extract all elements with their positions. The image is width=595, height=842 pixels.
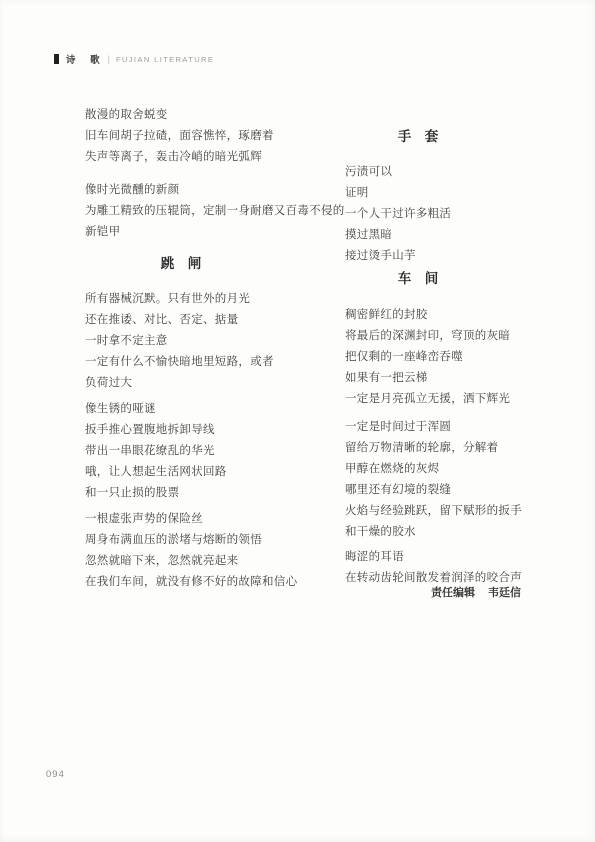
editor-credit: 责任编辑 韦廷信 [345, 586, 521, 600]
section-marker-bar [54, 54, 59, 64]
page-number: 094 [46, 769, 65, 780]
poem-line: 负荷过大 [85, 373, 274, 394]
stanza: 稠密鲜红的封胶将最后的深渊封印，穹顶的灰暗把仅剩的一座峰峦吞噬如果有一把云梯一定… [345, 305, 510, 410]
poem-line: 晦涩的耳语 [345, 547, 522, 568]
poem-line: 带出一串眼花缭乱的华光 [85, 441, 227, 462]
poem-line: 一定是时间过于浑圆 [345, 417, 522, 438]
poem-line: 旧车间胡子拉碴，面容憔悴，琢磨着 [85, 126, 274, 147]
poem-line: 一定有什么不愉快暗地里短路，或者 [85, 352, 274, 373]
poem-line: 所有器械沉默。只有世外的月光 [85, 289, 274, 310]
stanza: 散漫的取舍蜕变旧车间胡子拉碴，面容憔悴，琢磨着失声等离子，轰击冷峭的暗光弧辉 [85, 105, 274, 168]
poem-line: 将最后的深渊封印，穹顶的灰暗 [345, 326, 510, 347]
stanza: 所有器械沉默。只有世外的月光还在推诿、对比、否定、掂量一时拿不定主意一定有什么不… [85, 289, 274, 394]
poem-line: 甲醇在燃烧的灰烬 [345, 459, 522, 480]
poem-line: 哪里还有幻境的裂缝 [345, 480, 522, 501]
poem-line: 忽然就暗下来，忽然就亮起来 [85, 551, 297, 572]
poem-line: 还在推诿、对比、否定、掂量 [85, 310, 274, 331]
poem-line: 像生锈的哑谜 [85, 399, 227, 420]
page-header: 诗 歌 | FUJIAN LITERATURE [54, 52, 214, 66]
magazine-page: 诗 歌 | FUJIAN LITERATURE 散漫的取舍蜕变旧车间胡子拉碴，面… [0, 0, 595, 842]
stanza: 一定是时间过于浑圆留给万物清晰的轮廓，分解着甲醇在燃烧的灰烬哪里还有幻境的裂缝火… [345, 417, 522, 543]
poem-line: 散漫的取舍蜕变 [85, 105, 274, 126]
header-divider: | [108, 54, 110, 64]
poem-line: 污渍可以 [345, 162, 451, 183]
poem-line: 在我们车间，就没有修不好的故障和信心 [85, 572, 297, 593]
poem-title-tiaozha: 跳 闸 [85, 254, 277, 274]
editor-credit-label: 责任编辑 [431, 586, 475, 600]
poem-line: 失声等离子，轰击冷峭的暗光弧辉 [85, 147, 274, 168]
poem-line: 摸过黑暗 [345, 225, 451, 246]
section-label: 诗 歌 [66, 52, 106, 66]
poem-line: 周身布满血压的淤堵与熔断的领悟 [85, 530, 297, 551]
poem-line: 证明 [345, 183, 451, 204]
poem-line: 稠密鲜红的封胶 [345, 305, 510, 326]
poem-line: 一根虚张声势的保险丝 [85, 509, 297, 530]
poem-title-shoutao: 手 套 [345, 127, 491, 147]
poem-line: 一时拿不定主意 [85, 331, 274, 352]
stanza: 一根虚张声势的保险丝周身布满血压的淤堵与熔断的领悟忽然就暗下来，忽然就亮起来在我… [85, 509, 297, 593]
poem-line: 和一只止损的股票 [85, 483, 227, 504]
poem-title-chejian: 车 间 [345, 269, 491, 289]
poem-line: 如果有一把云梯 [345, 368, 510, 389]
poem-line: 一定是月亮孤立无援，洒下辉光 [345, 389, 510, 410]
poem-line: 留给万物清晰的轮廓，分解着 [345, 438, 522, 459]
poem-line: 一个人干过许多粗活 [345, 204, 451, 225]
poem-line: 把仅剩的一座峰峦吞噬 [345, 347, 510, 368]
stanza: 像生锈的哑谜扳手推心置腹地拆卸导线带出一串眼花缭乱的华光哦，让人想起生活网状回路… [85, 399, 227, 504]
poem-line: 哦，让人想起生活网状回路 [85, 462, 227, 483]
stanza: 晦涩的耳语在转动齿轮间散发着润泽的咬合声 [345, 547, 522, 589]
poem-line: 和干燥的胶水 [345, 522, 522, 543]
magazine-name: FUJIAN LITERATURE [116, 55, 214, 64]
poem-line: 新铠甲 [85, 222, 345, 243]
stanza: 污渍可以证明一个人干过许多粗活摸过黑暗接过烫手山芋 [345, 162, 451, 267]
editor-credit-name: 韦廷信 [488, 586, 521, 600]
poem-line: 扳手推心置腹地拆卸导线 [85, 420, 227, 441]
poem-line: 接过烫手山芋 [345, 246, 451, 267]
stanza: 像时光微醺的新颜为雕工精致的压辊筒，定制一身耐磨又百毒不侵的新铠甲 [85, 180, 345, 243]
poem-line: 像时光微醺的新颜 [85, 180, 345, 201]
poem-line: 火焰与经验跳跃，留下赋形的扳手 [345, 501, 522, 522]
poem-line: 为雕工精致的压辊筒，定制一身耐磨又百毒不侵的 [85, 201, 345, 222]
